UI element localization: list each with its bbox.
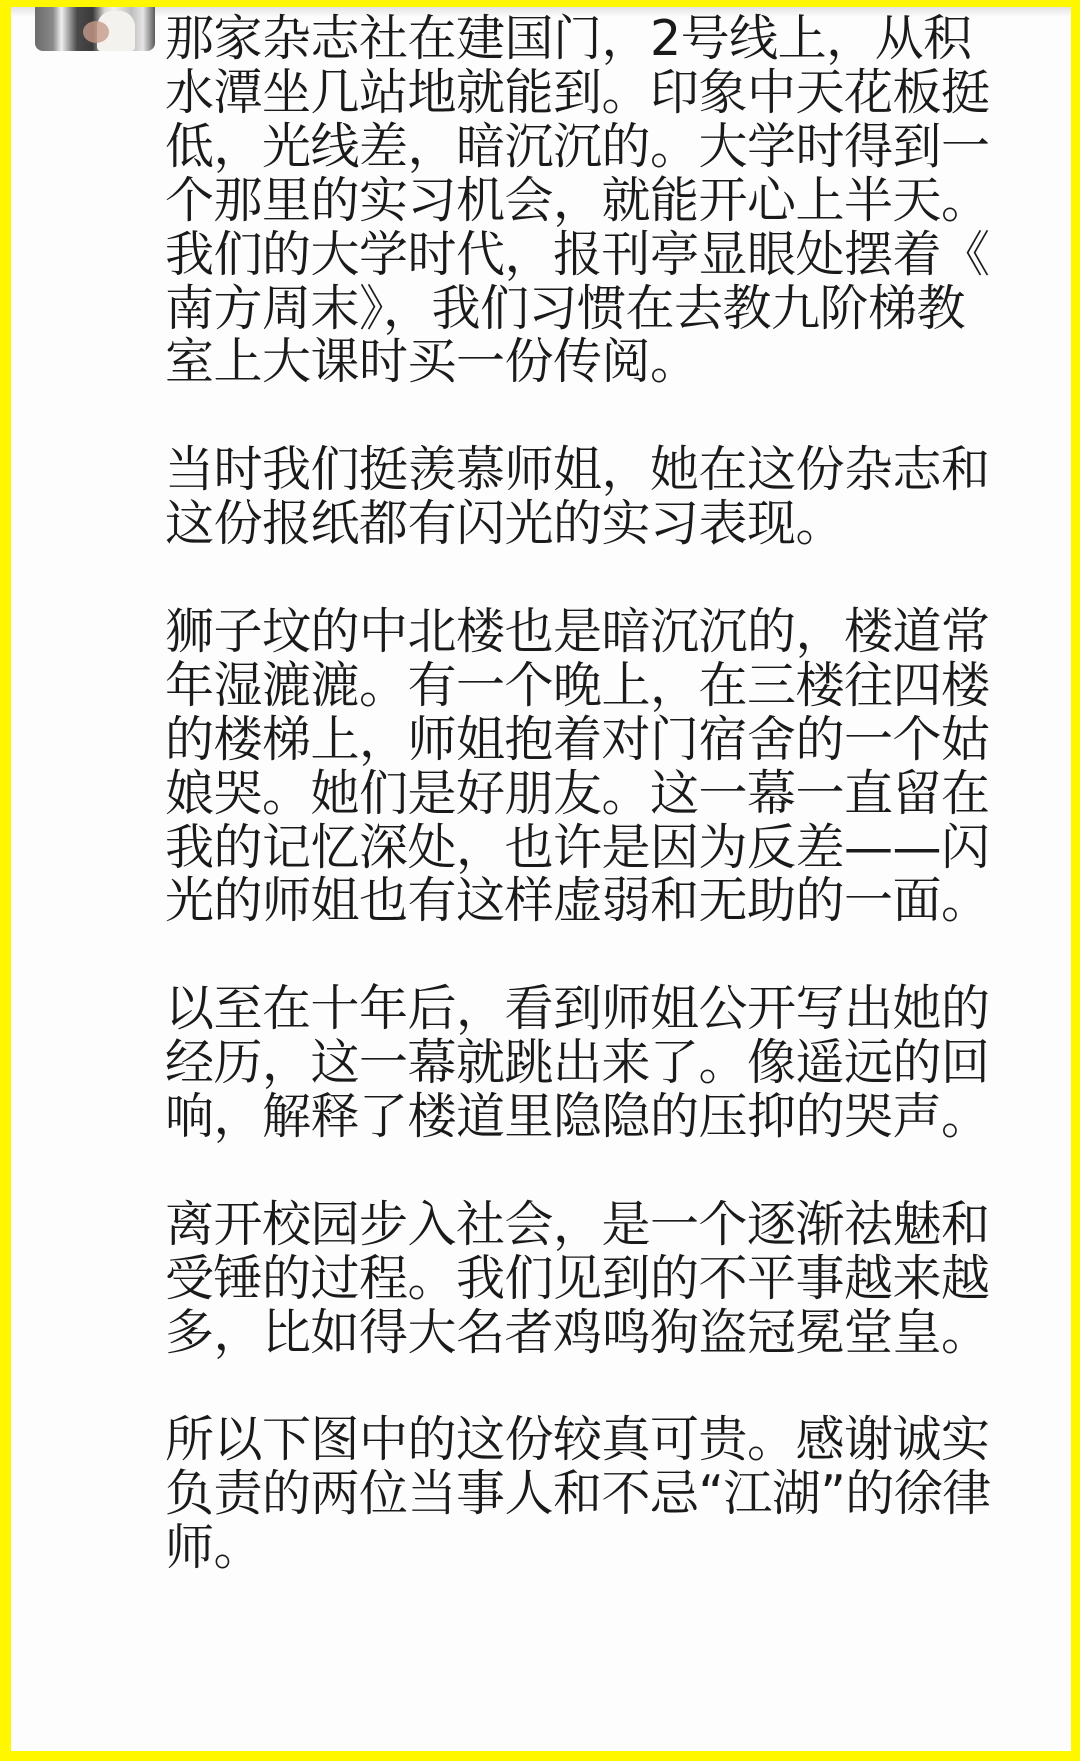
text-line: 个那里的实习机会，就能开心上半天。 [165,174,925,228]
paragraph: 那家杂志社在建国门，2号线上，从积 水潭坐几站地就能到。印象中天花板挺 低，光线… [165,12,925,389]
text-line: 所以下图中的这份较真可贵。感谢诚实 [165,1413,925,1467]
text-line: 南方周末》，我们习惯在去教九阶梯教 [165,282,925,336]
text-line: 娘哭。她们是好朋友。这一幕一直留在 [165,767,925,821]
text-line: 当时我们挺羡慕师姐，她在这份杂志和 [165,443,925,497]
text-line: 受锤的过程。我们见到的不平事越来越 [165,1252,925,1306]
text-line: 光的师姐也有这样虚弱和无助的一面。 [165,874,925,928]
paragraph: 当时我们挺羡慕师姐，她在这份杂志和 这份报纸都有闪光的实习表现。 [165,443,925,551]
avatar-photo-detail [83,21,109,43]
paragraph: 以至在十年后，看到师姐公开写出她的 经历，这一幕就跳出来了。像遥远的回 响，解释… [165,982,925,1144]
text-line: 离开校园步入社会，是一个逐渐祛魅和 [165,1198,925,1252]
text-line: 以至在十年后，看到师姐公开写出她的 [165,982,925,1036]
text-line: 年湿漉漉。有一个晚上，在三楼往四楼 [165,659,925,713]
text-line: 经历，这一幕就跳出来了。像遥远的回 [165,1036,925,1090]
text-line: 低，光线差，暗沉沉的。大学时得到一 [165,120,925,174]
text-line: 这份报纸都有闪光的实习表现。 [165,497,925,551]
highlight-frame: 那家杂志社在建国门，2号线上，从积 水潭坐几站地就能到。印象中天花板挺 低，光线… [0,0,1080,1761]
text-line: 响，解释了楼道里隐隐的压抑的哭声。 [165,1090,925,1144]
text-line: 多，比如得大名者鸡鸣狗盗冠冕堂皇。 [165,1306,925,1360]
text-line: 师。 [165,1521,925,1575]
text-line: 的楼梯上，师姐抱着对门宿舍的一个姑 [165,713,925,767]
text-line: 我们的大学时代，报刊亭显眼处摆着《 [165,228,925,282]
user-avatar-icon[interactable] [35,1,155,51]
text-line: 我的记忆深处，也许是因为反差——闪 [165,821,925,875]
text-line: 那家杂志社在建国门，2号线上，从积 [165,12,925,66]
post-body: 那家杂志社在建国门，2号线上，从积 水潭坐几站地就能到。印象中天花板挺 低，光线… [165,12,925,1629]
paragraph: 离开校园步入社会，是一个逐渐祛魅和 受锤的过程。我们见到的不平事越来越 多，比如… [165,1198,925,1360]
text-line: 负责的两位当事人和不忌“江湖”的徐律 [165,1467,925,1521]
text-line: 狮子坟的中北楼也是暗沉沉的，楼道常 [165,605,925,659]
paragraph: 所以下图中的这份较真可贵。感谢诚实 负责的两位当事人和不忌“江湖”的徐律 师。 [165,1413,925,1575]
text-line: 室上大课时买一份传阅。 [165,335,925,389]
text-line: 水潭坐几站地就能到。印象中天花板挺 [165,66,925,120]
paragraph: 狮子坟的中北楼也是暗沉沉的，楼道常 年湿漉漉。有一个晚上，在三楼往四楼 的楼梯上… [165,605,925,928]
